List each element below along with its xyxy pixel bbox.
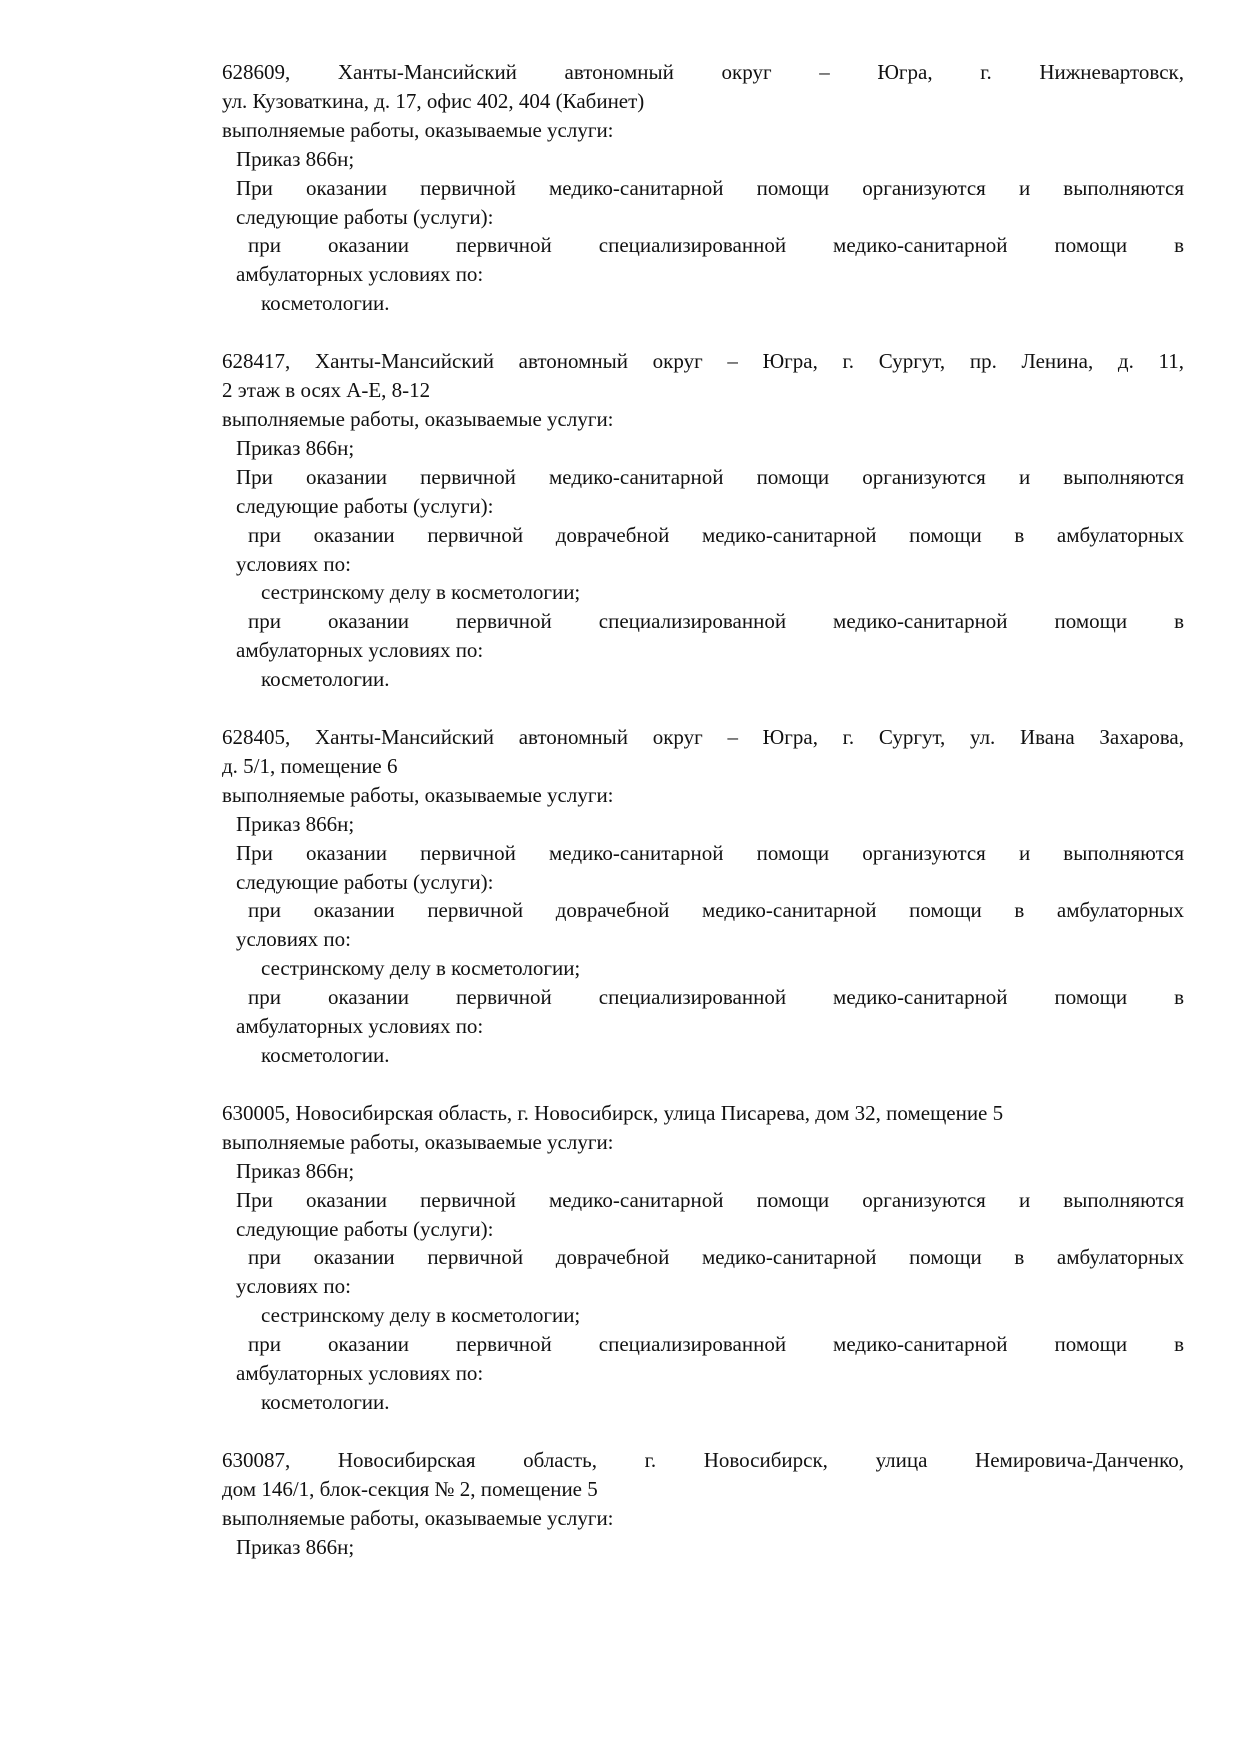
order-reference: Приказ 866н; <box>222 1533 1184 1562</box>
works-label: выполняемые работы, оказываемые услуги: <box>222 1128 1184 1157</box>
care-type-heading: при оказании первичной доврачебной медик… <box>222 896 1184 925</box>
service-item: сестринскому делу в косметологии; <box>222 954 1184 983</box>
address-line: 2 этаж в осях А-Е, 8-12 <box>222 376 1184 405</box>
address-entry: 628609, Ханты-Мансийский автономный окру… <box>222 58 1184 318</box>
works-label: выполняемые работы, оказываемые услуги: <box>222 1504 1184 1533</box>
care-type-heading: условиях по: <box>222 1272 1184 1301</box>
care-type-heading: амбулаторных условиях по: <box>222 1012 1184 1041</box>
address-entry: 630087, Новосибирская область, г. Новоси… <box>222 1446 1184 1562</box>
intro-text: При оказании первичной медико-санитарной… <box>222 839 1184 868</box>
address-line: д. 5/1, помещение 6 <box>222 752 1184 781</box>
service-item: сестринскому делу в косметологии; <box>222 578 1184 607</box>
service-item: косметологии. <box>222 289 1184 318</box>
care-type-heading: амбулаторных условиях по: <box>222 260 1184 289</box>
intro-text: При оказании первичной медико-санитарной… <box>222 174 1184 203</box>
address-line: 628417, Ханты-Мансийский автономный окру… <box>222 347 1184 376</box>
address-entry: 628405, Ханты-Мансийский автономный окру… <box>222 723 1184 1070</box>
order-reference: Приказ 866н; <box>222 434 1184 463</box>
works-label: выполняемые работы, оказываемые услуги: <box>222 116 1184 145</box>
service-item: сестринскому делу в косметологии; <box>222 1301 1184 1330</box>
care-type-heading: условиях по: <box>222 925 1184 954</box>
address-entry: 630005, Новосибирская область, г. Новоси… <box>222 1099 1184 1417</box>
service-item: косметологии. <box>222 665 1184 694</box>
care-type-heading: при оказании первичной специализированно… <box>222 231 1184 260</box>
order-reference: Приказ 866н; <box>222 810 1184 839</box>
address-entry: 628417, Ханты-Мансийский автономный окру… <box>222 347 1184 694</box>
address-line: 630005, Новосибирская область, г. Новоси… <box>222 1099 1184 1128</box>
works-label: выполняемые работы, оказываемые услуги: <box>222 405 1184 434</box>
care-type-heading: амбулаторных условиях по: <box>222 1359 1184 1388</box>
address-line: 630087, Новосибирская область, г. Новоси… <box>222 1446 1184 1475</box>
care-type-heading: при оказании первичной доврачебной медик… <box>222 521 1184 550</box>
works-label: выполняемые работы, оказываемые услуги: <box>222 781 1184 810</box>
care-type-heading: амбулаторных условиях по: <box>222 636 1184 665</box>
care-type-heading: условиях по: <box>222 550 1184 579</box>
document-page: 628609, Ханты-Мансийский автономный окру… <box>222 58 1184 1591</box>
service-item: косметологии. <box>222 1388 1184 1417</box>
care-type-heading: при оказании первичной специализированно… <box>222 607 1184 636</box>
care-type-heading: при оказании первичной специализированно… <box>222 983 1184 1012</box>
intro-text: При оказании первичной медико-санитарной… <box>222 463 1184 492</box>
intro-text: следующие работы (услуги): <box>222 1215 1184 1244</box>
service-item: косметологии. <box>222 1041 1184 1070</box>
order-reference: Приказ 866н; <box>222 1157 1184 1186</box>
address-line: 628609, Ханты-Мансийский автономный окру… <box>222 58 1184 87</box>
intro-text: При оказании первичной медико-санитарной… <box>222 1186 1184 1215</box>
address-line: 628405, Ханты-Мансийский автономный окру… <box>222 723 1184 752</box>
care-type-heading: при оказании первичной специализированно… <box>222 1330 1184 1359</box>
order-reference: Приказ 866н; <box>222 145 1184 174</box>
care-type-heading: при оказании первичной доврачебной медик… <box>222 1243 1184 1272</box>
address-line: ул. Кузоваткина, д. 17, офис 402, 404 (К… <box>222 87 1184 116</box>
intro-text: следующие работы (услуги): <box>222 203 1184 232</box>
address-line: дом 146/1, блок-секция № 2, помещение 5 <box>222 1475 1184 1504</box>
intro-text: следующие работы (услуги): <box>222 492 1184 521</box>
intro-text: следующие работы (услуги): <box>222 868 1184 897</box>
